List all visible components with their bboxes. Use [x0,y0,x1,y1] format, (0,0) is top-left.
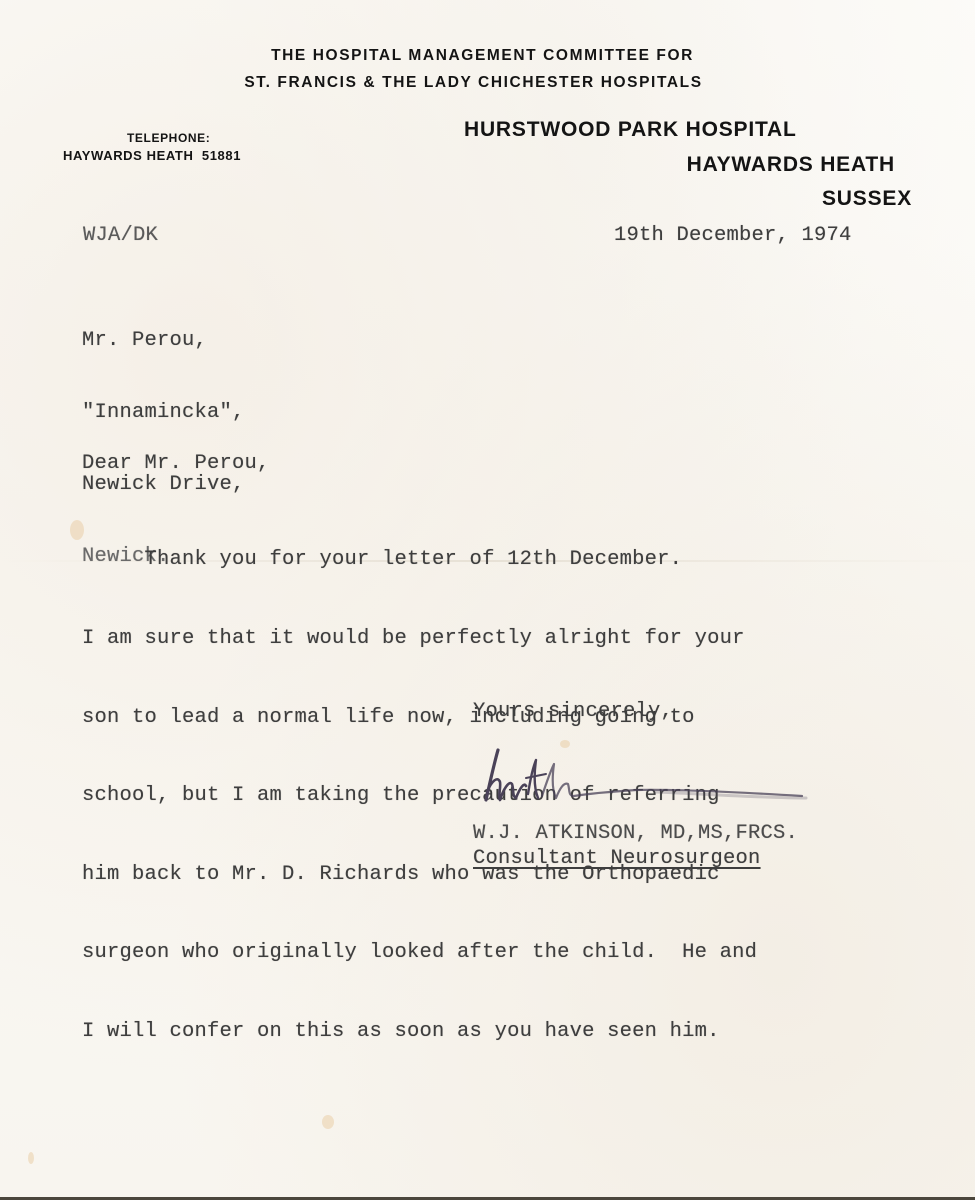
handwritten-signature [476,742,816,812]
body-line: surgeon who originally looked after the … [82,940,757,966]
salutation: Dear Mr. Perou, [82,452,270,475]
hospital-county: SUSSEX [822,187,912,211]
hospital-town: HAYWARDS HEATH [687,153,895,177]
signer-name: W.J. ATKINSON, MD,MS,FRCS. [473,822,798,845]
hospital-name: HURSTWOOD PARK HOSPITAL [464,118,797,142]
telephone-number: HAYWARDS HEATH 51881 [63,148,241,163]
signer-title: Consultant Neurosurgeon [473,847,761,870]
recipient-street: Newick Drive, [82,473,245,497]
committee-heading-line1: THE HOSPITAL MANAGEMENT COMMITTEE FOR [0,47,970,65]
committee-heading-line2: ST. FRANCIS & THE LADY CHICHESTER HOSPIT… [0,74,961,92]
reference-code: WJA/DK [83,224,158,247]
body-line: I will confer on this as soon as you hav… [82,1019,757,1045]
body-line: Thank you for your letter of 12th Decemb… [82,547,757,573]
telephone-label: TELEPHONE: [127,131,210,145]
paper-stain [322,1115,334,1129]
paper-stain [28,1152,34,1164]
recipient-house: "Innamincka", [82,401,245,425]
letter-date: 19th December, 1974 [614,224,852,247]
recipient-name: Mr. Perou, [82,329,245,353]
closing: Yours sincerely, [473,700,673,723]
body-line: I am sure that it would be perfectly alr… [82,626,757,652]
